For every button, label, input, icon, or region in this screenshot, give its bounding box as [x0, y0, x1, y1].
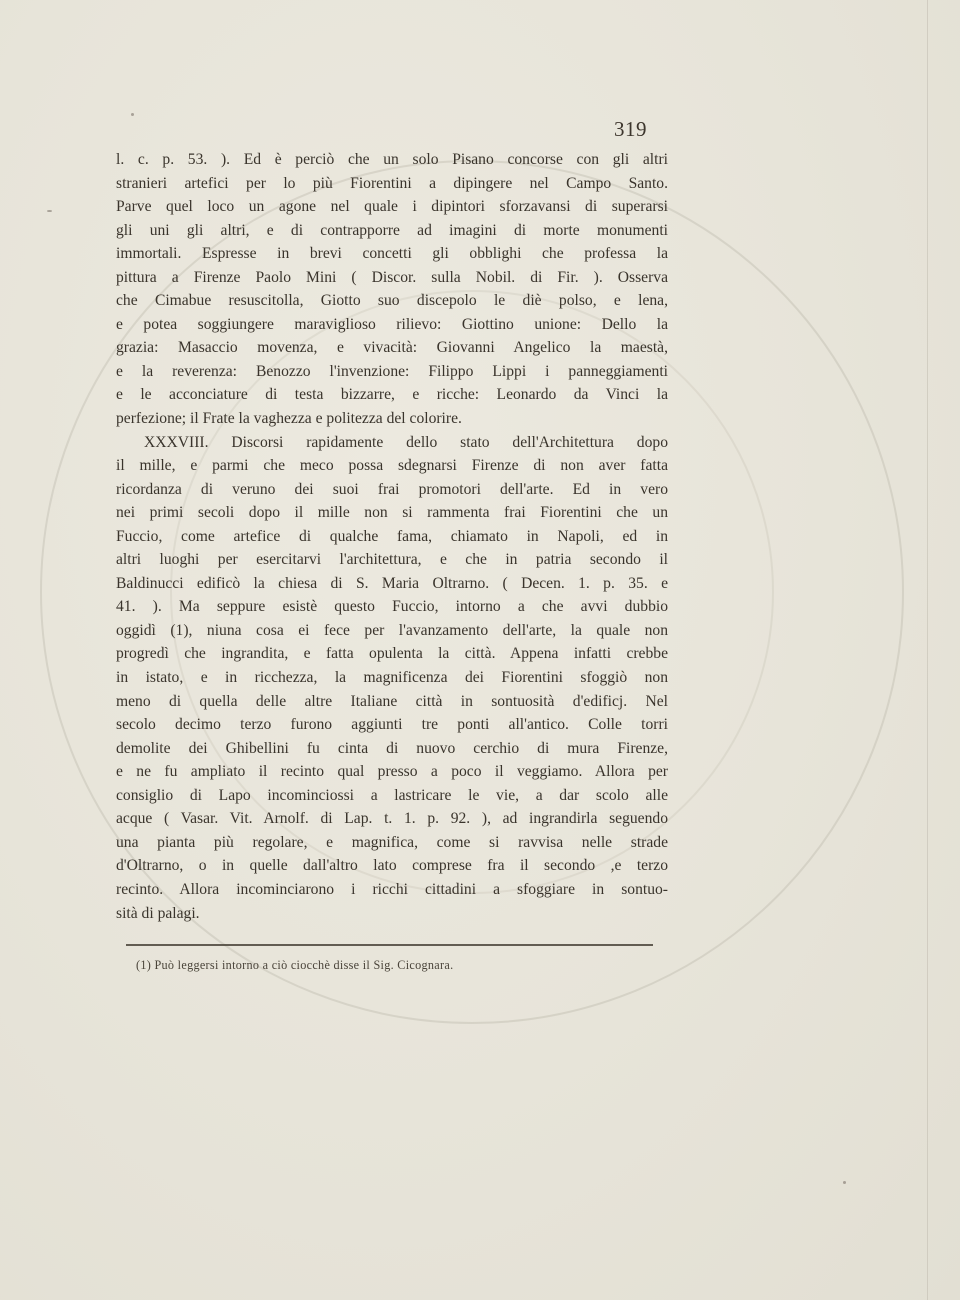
paragraph-1: l. c. p. 53. ). Ed è perciò che un solo …: [116, 148, 668, 431]
footnote-divider: [126, 944, 653, 946]
footnote: (1) Può leggersi intorno a ciò ciocchè d…: [136, 958, 453, 973]
section-heading-line: XXXVIII. Discorsi rapidamente dello stat…: [116, 431, 668, 455]
paper-speck: [47, 210, 52, 212]
text-line: che Cimabue resuscitolla, Giotto suo dis…: [116, 289, 668, 313]
text-line: immortali. Espresse in brevi concetti gl…: [116, 242, 668, 266]
text-line: gli uni gli altri, e di contrapporre ad …: [116, 219, 668, 243]
text-line: meno di quella delle altre Italiane citt…: [116, 690, 668, 714]
text-line: consiglio di Lapo incominciossi a lastri…: [116, 784, 668, 808]
text-line: grazia: Masaccio movenza, e vivacità: Gi…: [116, 336, 668, 360]
paragraph-2: XXXVIII. Discorsi rapidamente dello stat…: [116, 431, 668, 925]
text-line: oggidì (1), niuna cosa ei fece per l'ava…: [116, 619, 668, 643]
text-line: secolo decimo terzo furono aggiunti tre …: [116, 713, 668, 737]
text-line: ricordanza di veruno dei suoi frai promo…: [116, 478, 668, 502]
text-line: 41. ). Ma seppure esistè questo Fuccio, …: [116, 595, 668, 619]
paper-speck: [843, 1181, 846, 1184]
text-line: e la reverenza: Benozzo l'invenzione: Fi…: [116, 360, 668, 384]
text-line: pittura a Firenze Paolo Mini ( Discor. s…: [116, 266, 668, 290]
text-line: stranieri artefici per lo più Fiorentini…: [116, 172, 668, 196]
text-line: e le acconciature di testa bizzarre, e r…: [116, 383, 668, 407]
text-line: perfezione; il Frate la vaghezza e polit…: [116, 407, 668, 431]
book-page: 319 l. c. p. 53. ). Ed è perciò che un s…: [0, 0, 960, 1300]
body-text: l. c. p. 53. ). Ed è perciò che un solo …: [116, 148, 668, 925]
text-line: Parve quel loco un agone nel quale i dip…: [116, 195, 668, 219]
text-line: una pianta più regolare, e magnifica, co…: [116, 831, 668, 855]
text-line: il mille, e parmi che meco possa sdegnar…: [116, 454, 668, 478]
text-line: d'Oltrarno, o in quelle dall'altro lato …: [116, 854, 668, 878]
text-line: recinto. Allora incominciarono i ricchi …: [116, 878, 668, 902]
text-line: Fuccio, come artefice di qualche fama, c…: [116, 525, 668, 549]
text-line: Baldinucci edificò la chiesa di S. Maria…: [116, 572, 668, 596]
paper-speck: [131, 113, 134, 116]
text-line: in istato, e in ricchezza, la magnificen…: [116, 666, 668, 690]
text-line: sità di palagi.: [116, 902, 668, 926]
text-line: demolite dei Ghibellini fu cinta di nuov…: [116, 737, 668, 761]
text-line: progredì che ingrandita, e fatta opulent…: [116, 642, 668, 666]
text-line: acque ( Vasar. Vit. Arnolf. di Lap. t. 1…: [116, 807, 668, 831]
text-line: l. c. p. 53. ). Ed è perciò che un solo …: [116, 148, 668, 172]
text-line: e potea soggiungere maraviglioso rilievo…: [116, 313, 668, 337]
text-line: nei primi secoli dopo il mille non si ra…: [116, 501, 668, 525]
text-line: e ne fu ampliato il recinto qual presso …: [116, 760, 668, 784]
page-edge: [927, 0, 928, 1300]
text-line: altri luoghi per esercitarvi l'architett…: [116, 548, 668, 572]
page-number: 319: [614, 117, 647, 142]
